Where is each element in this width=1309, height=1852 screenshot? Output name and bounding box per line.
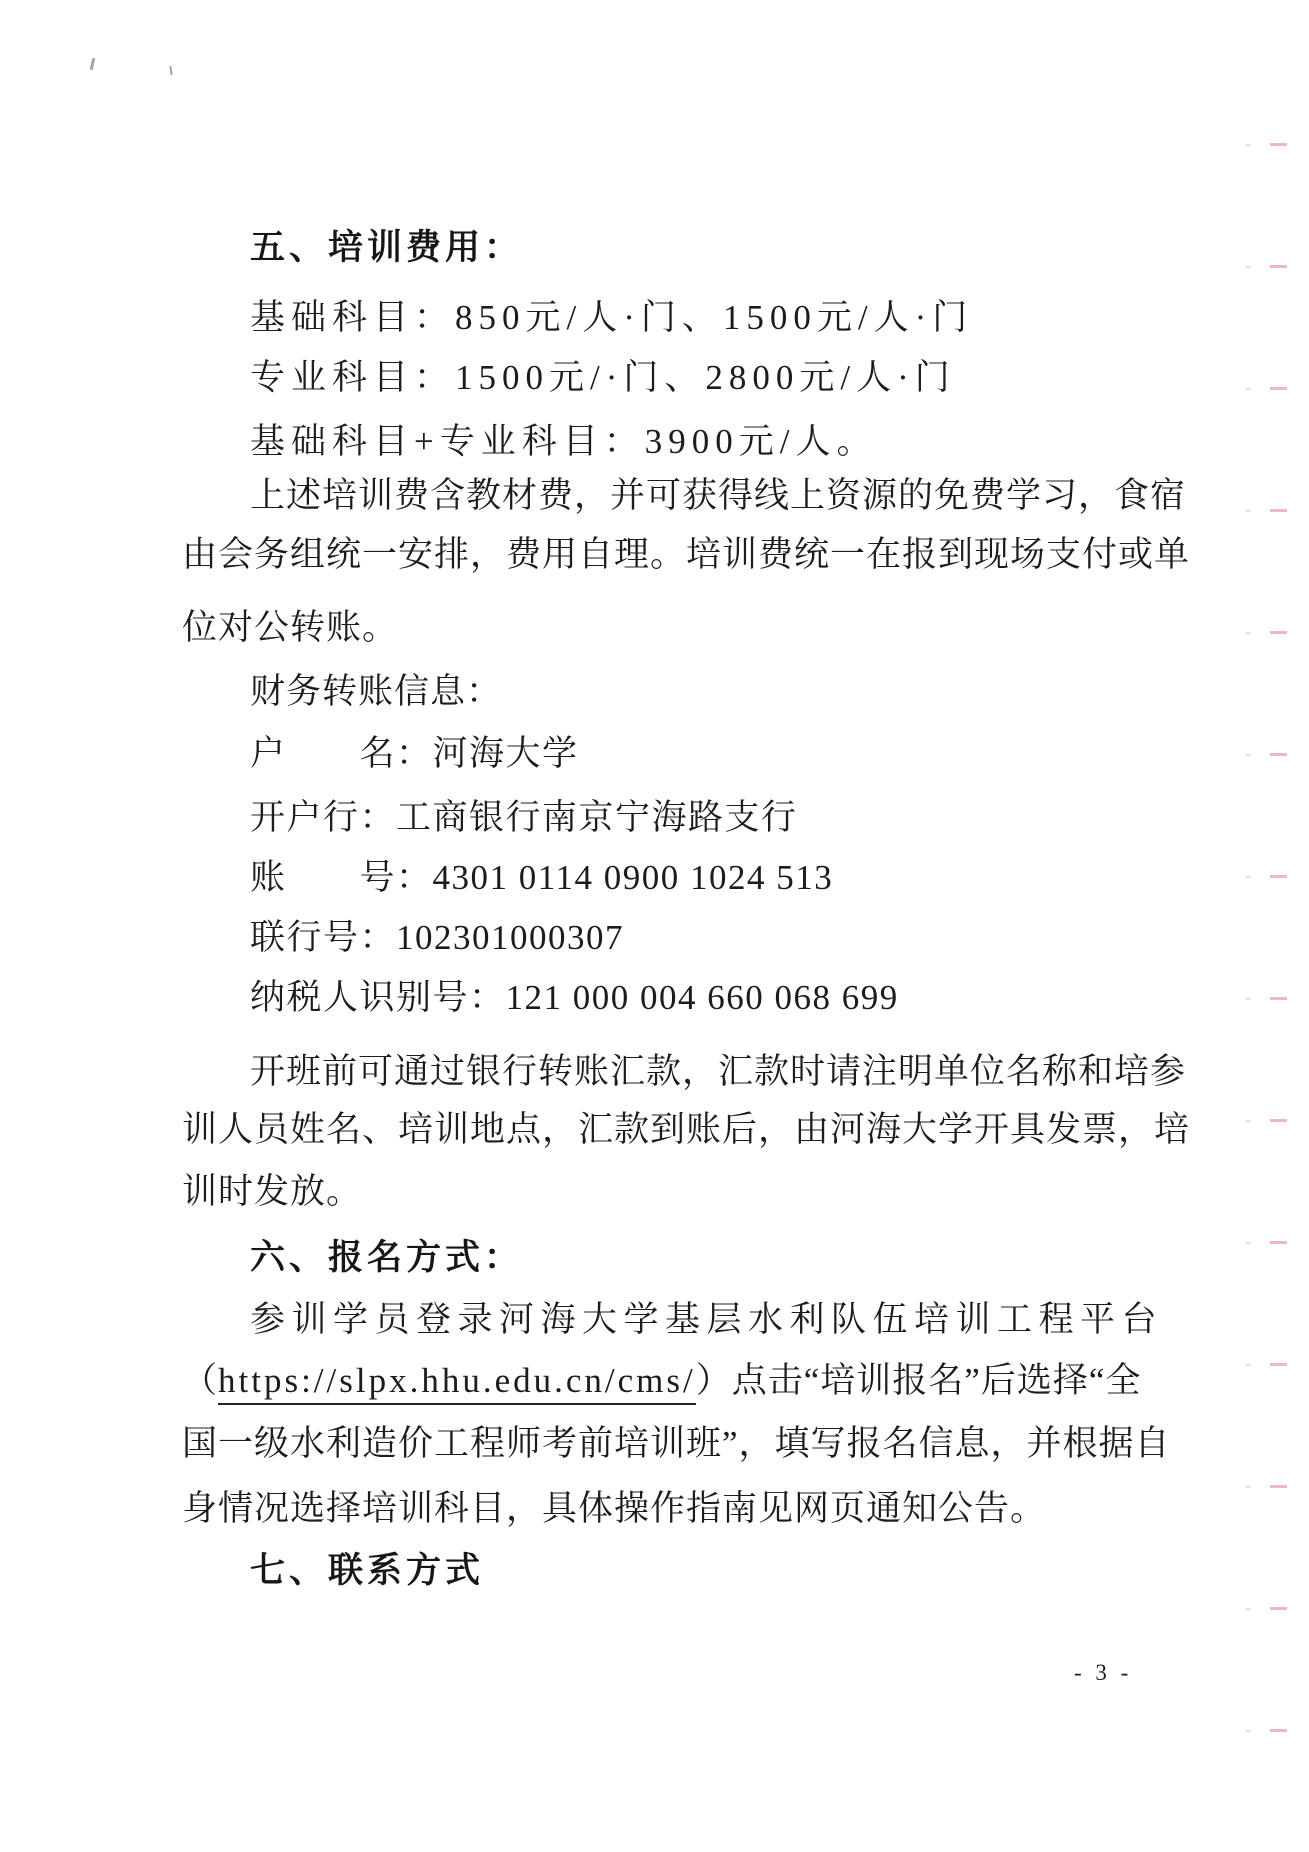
remittance-note-line-1: 开班前可通过银行转账汇款，汇款时请注明单位名称和培参: [182, 1048, 1155, 1096]
registration-line-2-suffix: ）点击“培训报名”后选择“全: [696, 1361, 1142, 1400]
scan-artifact-speck: [90, 58, 95, 70]
fee-line-professional: 专业科目：1500元/·门、2800元/人·门: [250, 354, 1155, 402]
account-number-label: 账 号：: [250, 858, 433, 897]
section-heading-contact: 七、联系方式: [250, 1547, 1155, 1595]
taxpayer-id-value: 121 000 004 660 068 699: [506, 978, 899, 1017]
scan-artifact-speck: [169, 66, 172, 75]
remittance-note-line-2: 训人员姓名、培训地点，汇款到账后，由河海大学开具发票，培: [182, 1106, 1155, 1154]
remittance-note-line-3: 训时发放。: [182, 1168, 1155, 1216]
scanned-document-page: 五、培训费用： 基础科目：850元/人·门、1500元/人·门 专业科目：150…: [0, 0, 1309, 1852]
finance-row-account-name: 户 名：河海大学: [250, 730, 1155, 778]
finance-info-title: 财务转账信息：: [250, 668, 1155, 716]
section-heading-registration: 六、报名方式：: [250, 1234, 1155, 1282]
finance-row-account-number: 账 号：4301 0114 0900 1024 513: [250, 854, 1155, 902]
registration-url: https://slpx.hhu.edu.cn/cms/: [218, 1361, 696, 1405]
registration-line-3: 国一级水利造价工程师考前培训班”，填写报名信息，并根据自: [182, 1420, 1155, 1468]
account-name-value: 河海大学: [433, 734, 579, 773]
finance-row-taxpayer-id: 纳税人识别号：121 000 004 660 068 699: [250, 974, 1155, 1022]
account-name-label: 户 名：: [250, 734, 433, 773]
registration-line-1: 参训学员登录河海大学基层水利队伍培训工程平台: [182, 1296, 1155, 1344]
taxpayer-id-label: 纳税人识别号：: [250, 978, 506, 1017]
interbank-number-value: 102301000307: [396, 918, 624, 957]
bank-branch-label: 开户行：: [250, 798, 396, 837]
page-number: - 3 -: [1074, 1660, 1132, 1686]
registration-line-4: 身情况选择培训科目，具体操作指南见网页通知公告。: [182, 1485, 1155, 1533]
url-open-paren: （: [182, 1361, 218, 1400]
fees-note-line-3: 位对公转账。: [182, 604, 1155, 652]
fee-line-combined: 基础科目+专业科目：3900元/人。: [250, 418, 1155, 466]
interbank-number-label: 联行号：: [250, 918, 396, 957]
scan-artifact-margin-marks: [1270, 143, 1287, 1763]
finance-row-interbank-number: 联行号：102301000307: [250, 914, 1155, 962]
fee-line-basic: 基础科目：850元/人·门、1500元/人·门: [250, 294, 1155, 342]
scan-artifact-margin-marks-minor: [1246, 144, 1251, 1764]
fees-note-line-2: 由会务组统一安排，费用自理。培训费统一在报到现场支付或单: [182, 531, 1155, 579]
registration-line-2: （https://slpx.hhu.edu.cn/cms/）点击“培训报名”后选…: [182, 1357, 1155, 1405]
section-heading-fees: 五、培训费用：: [250, 224, 1155, 272]
finance-row-bank-branch: 开户行：工商银行南京宁海路支行: [250, 794, 1155, 842]
fees-note-line-1: 上述培训费含教材费，并可获得线上资源的免费学习，食宿: [182, 472, 1155, 520]
bank-branch-value: 工商银行南京宁海路支行: [396, 798, 798, 837]
account-number-value: 4301 0114 0900 1024 513: [433, 858, 834, 897]
